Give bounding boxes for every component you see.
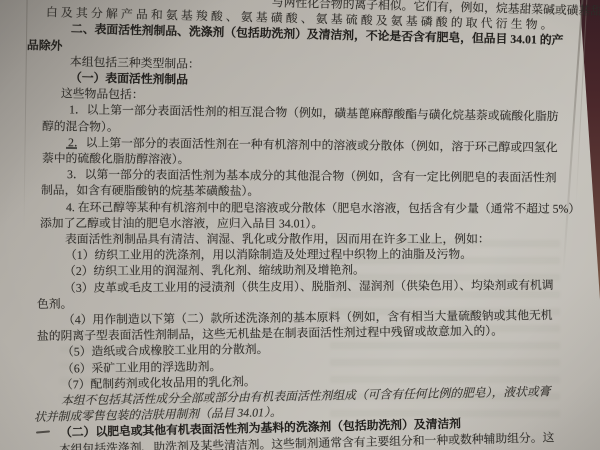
pencil-underline-mark [66,147,77,149]
text-line: 表面活性剂制品具有清洁、润湿、乳化或分散作用，因而用在许多工业上，例如： [39,231,600,247]
document-text-block: 与两性化合物的离子相似。它们有，例如，烷基甜菜碱或磺基甜菜碱蛋 白及其分解产品和… [46,0,600,450]
list-item-4: 4. 在环己醇等某种有机溶剂中的肥皂溶液或分散体（肥皂水溶液，包括含有少量（通常… [40,199,600,217]
photo-of-document-page: { "photo": { "paper_color": "#bcb8b1", "… [0,0,600,450]
text-line: 添加了乙醇或甘油的肥皂水溶液，应归入品目 34.01）。 [40,215,600,232]
